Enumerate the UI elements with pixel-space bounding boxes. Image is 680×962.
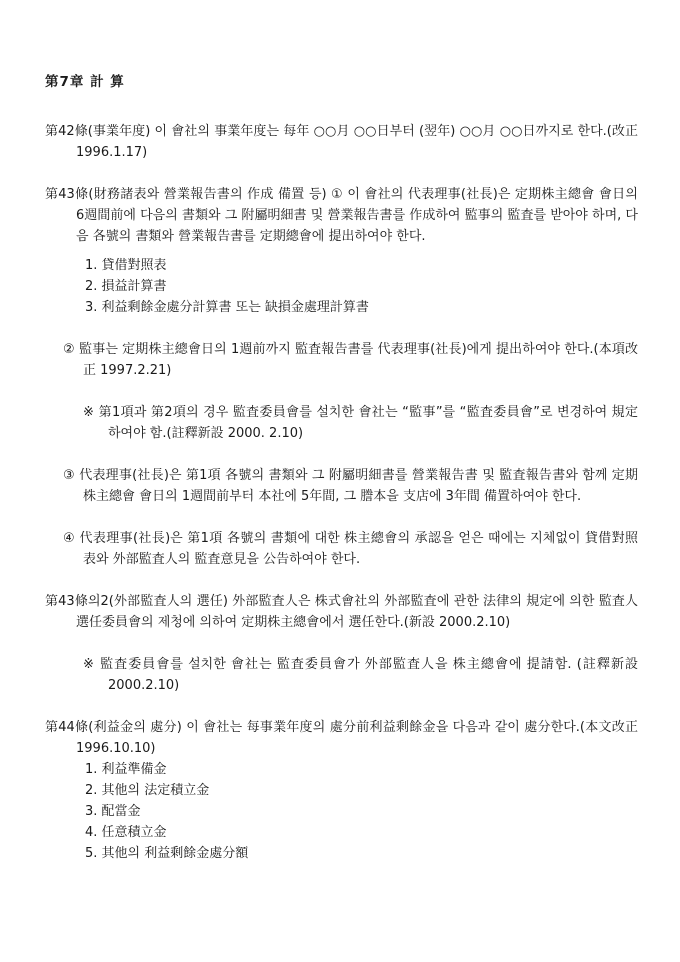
article-43-item-3: 3. 利益剩餘金處分計算書 또는 缺損金處理計算書	[85, 297, 638, 318]
article-44-item-4: 4. 任意積立金	[85, 822, 638, 843]
article-42: 第42條(事業年度) 이 會社의 事業年度는 每年 ○○月 ○○日부터 (翌年)…	[45, 121, 638, 163]
article-43-para-4: ④ 代表理事(社長)은 第1項 各號의 書類에 대한 株主總會의 承認을 얻은 …	[63, 528, 638, 570]
annotation-note-2: ※ 監査委員會를 설치한 會社는 監査委員會가 外部監査人을 株主總會에 提請함…	[83, 654, 638, 696]
article-43-intro: 第43條(財務諸表와 營業報告書의 作成 備置 등) ① 이 會社의 代表理事(…	[45, 184, 638, 247]
article-43-item-2: 2. 損益計算書	[85, 276, 638, 297]
article-43-para-3: ③ 代表理事(社長)은 第1項 各號의 書類와 그 附屬明細書를 營業報告書 및…	[63, 465, 638, 507]
article-44-item-5: 5. 其他의 利益剩餘金處分額	[85, 843, 638, 864]
article-43-item-list: 1. 貸借對照表 2. 損益計算書 3. 利益剩餘金處分計算書 또는 缺損金處理…	[85, 255, 638, 318]
document-page: 第7章 計 算 第42條(事業年度) 이 會社의 事業年度는 每年 ○○月 ○○…	[0, 0, 680, 962]
article-44-item-3: 3. 配當金	[85, 801, 638, 822]
article-44-intro: 第44條(利益金의 處分) 이 會社는 每事業年度의 處分前利益剩餘金을 다음과…	[45, 717, 638, 759]
annotation-note-1: ※ 第1項과 第2項의 경우 監査委員會를 설치한 會社는 “監事”를 “監査委…	[83, 402, 638, 444]
article-44-item-2: 2. 其他의 法定積立金	[85, 780, 638, 801]
article-43-para-2: ② 監事는 定期株主總會日의 1週前까지 監査報告書를 代表理事(社長)에게 提…	[63, 339, 638, 381]
article-44-item-list: 1. 利益準備金 2. 其他의 法定積立金 3. 配當金 4. 任意積立金 5.…	[85, 759, 638, 864]
article-43-2: 第43條의2(外部監査人의 選任) 外部監査人은 株式會社의 外部監査에 관한 …	[45, 591, 638, 633]
article-43-item-1: 1. 貸借對照表	[85, 255, 638, 276]
article-44-item-1: 1. 利益準備金	[85, 759, 638, 780]
chapter-heading: 第7章 計 算	[45, 72, 638, 93]
